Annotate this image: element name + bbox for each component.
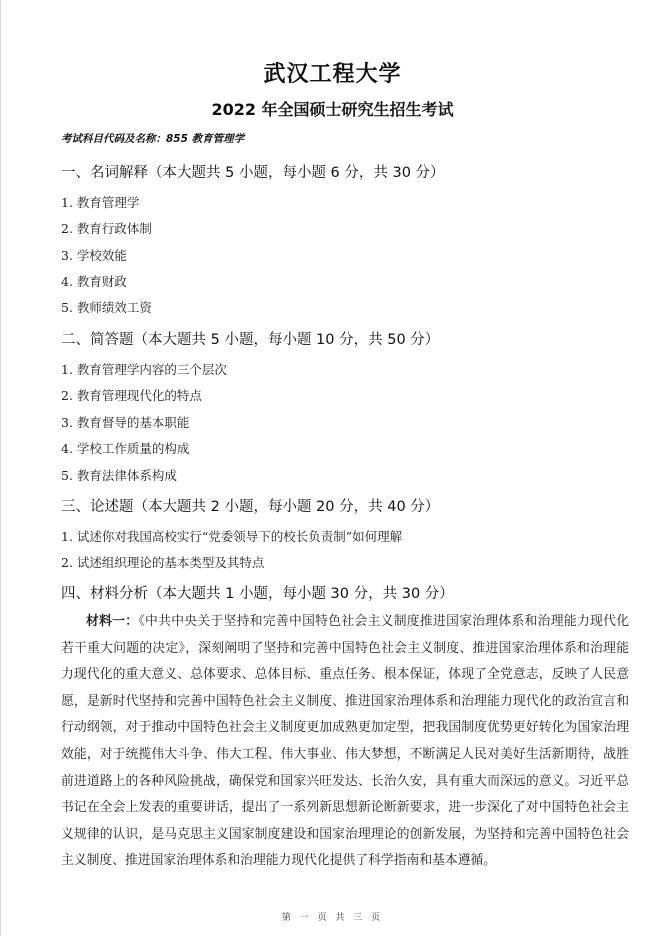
subject-line: 考试科目代码及名称：855 教育管理学: [61, 131, 244, 146]
university-title: 武汉工程大学: [0, 57, 665, 88]
section-1-item-3: 3. 学校效能: [61, 246, 127, 264]
exam-title: 2022 年全国硕士研究生招生考试: [0, 97, 665, 120]
section-3-item-1: 1. 试述你对我国高校实行“党委领导下的校长负责制”如何理解: [61, 527, 402, 545]
section-2-item-1: 1. 教育管理学内容的三个层次: [61, 360, 227, 378]
exam-page: 武汉工程大学 2022 年全国硕士研究生招生考试 考试科目代码及名称：855 教…: [0, 0, 665, 936]
section-1-item-5: 5. 教师绩效工资: [61, 298, 152, 316]
section-2-item-3: 3. 教育督导的基本职能: [61, 413, 189, 431]
page-footer: 第 一 页 共 三 页: [0, 910, 665, 923]
section-3-item-2: 2. 试述组织理论的基本类型及其特点: [61, 553, 264, 571]
section-1-item-1: 1. 教育管理学: [61, 193, 139, 211]
section-2-item-5: 5. 教育法律体系构成: [61, 466, 177, 484]
section-3-heading: 三、论述题（本大题共 2 小题，每小题 20 分，共 40 分）: [61, 495, 439, 516]
section-1-item-4: 4. 教育财政: [61, 272, 127, 290]
section-1-item-2: 2. 教育行政体制: [61, 219, 152, 237]
section-4-heading: 四、材料分析（本大题共 1 小题，每小题 30 分，共 30 分）: [61, 582, 454, 603]
section-2-item-2: 2. 教育管理现代化的特点: [61, 386, 202, 404]
section-2-heading: 二、简答题（本大题共 5 小题，每小题 10 分，共 50 分）: [61, 328, 439, 349]
section-2-item-4: 4. 学校工作质量的构成: [61, 439, 189, 457]
material-label: 材料一：: [86, 614, 138, 629]
material-text: 《中共中央关于坚持和完善中国特色社会主义制度推进国家治理体系和治理能力现代化若干…: [61, 614, 629, 868]
material-passage: 材料一：《中共中央关于坚持和完善中国特色社会主义制度推进国家治理体系和治理能力现…: [61, 609, 629, 875]
section-1-heading: 一、名词解释（本大题共 5 小题，每小题 6 分，共 30 分）: [61, 161, 445, 182]
